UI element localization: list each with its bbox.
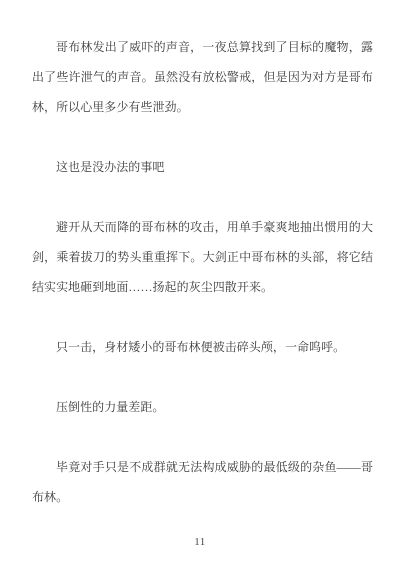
book-page: 哥布林发出了威吓的声音，一夜总算找到了目标的魔物，露出了些许泄气的声音。虽然没有…: [0, 0, 400, 567]
paragraph: 毕竟对手只是不成群就无法构成威胁的最低级的杂鱼——哥布林。: [32, 452, 373, 512]
paragraph: 避开从天而降的哥布林的攻击，用单手豪爽地抽出惯用的大剑，乘着拔刀的势头重重挥下。…: [32, 212, 373, 302]
paragraph: 压倒性的力量差距。: [32, 392, 373, 422]
paragraph: 哥布林发出了威吓的声音，一夜总算找到了目标的魔物，露出了些许泄气的声音。虽然没有…: [32, 32, 373, 122]
page-number: 11: [194, 536, 206, 548]
text-body: 哥布林发出了威吓的声音，一夜总算找到了目标的魔物，露出了些许泄气的声音。虽然没有…: [32, 32, 373, 512]
paragraph: 这也是没办法的事吧: [32, 152, 373, 182]
paragraph: 只一击，身材矮小的哥布林便被击碎头颅，一命呜呼。: [32, 332, 373, 362]
page-footer: 11: [0, 532, 400, 550]
